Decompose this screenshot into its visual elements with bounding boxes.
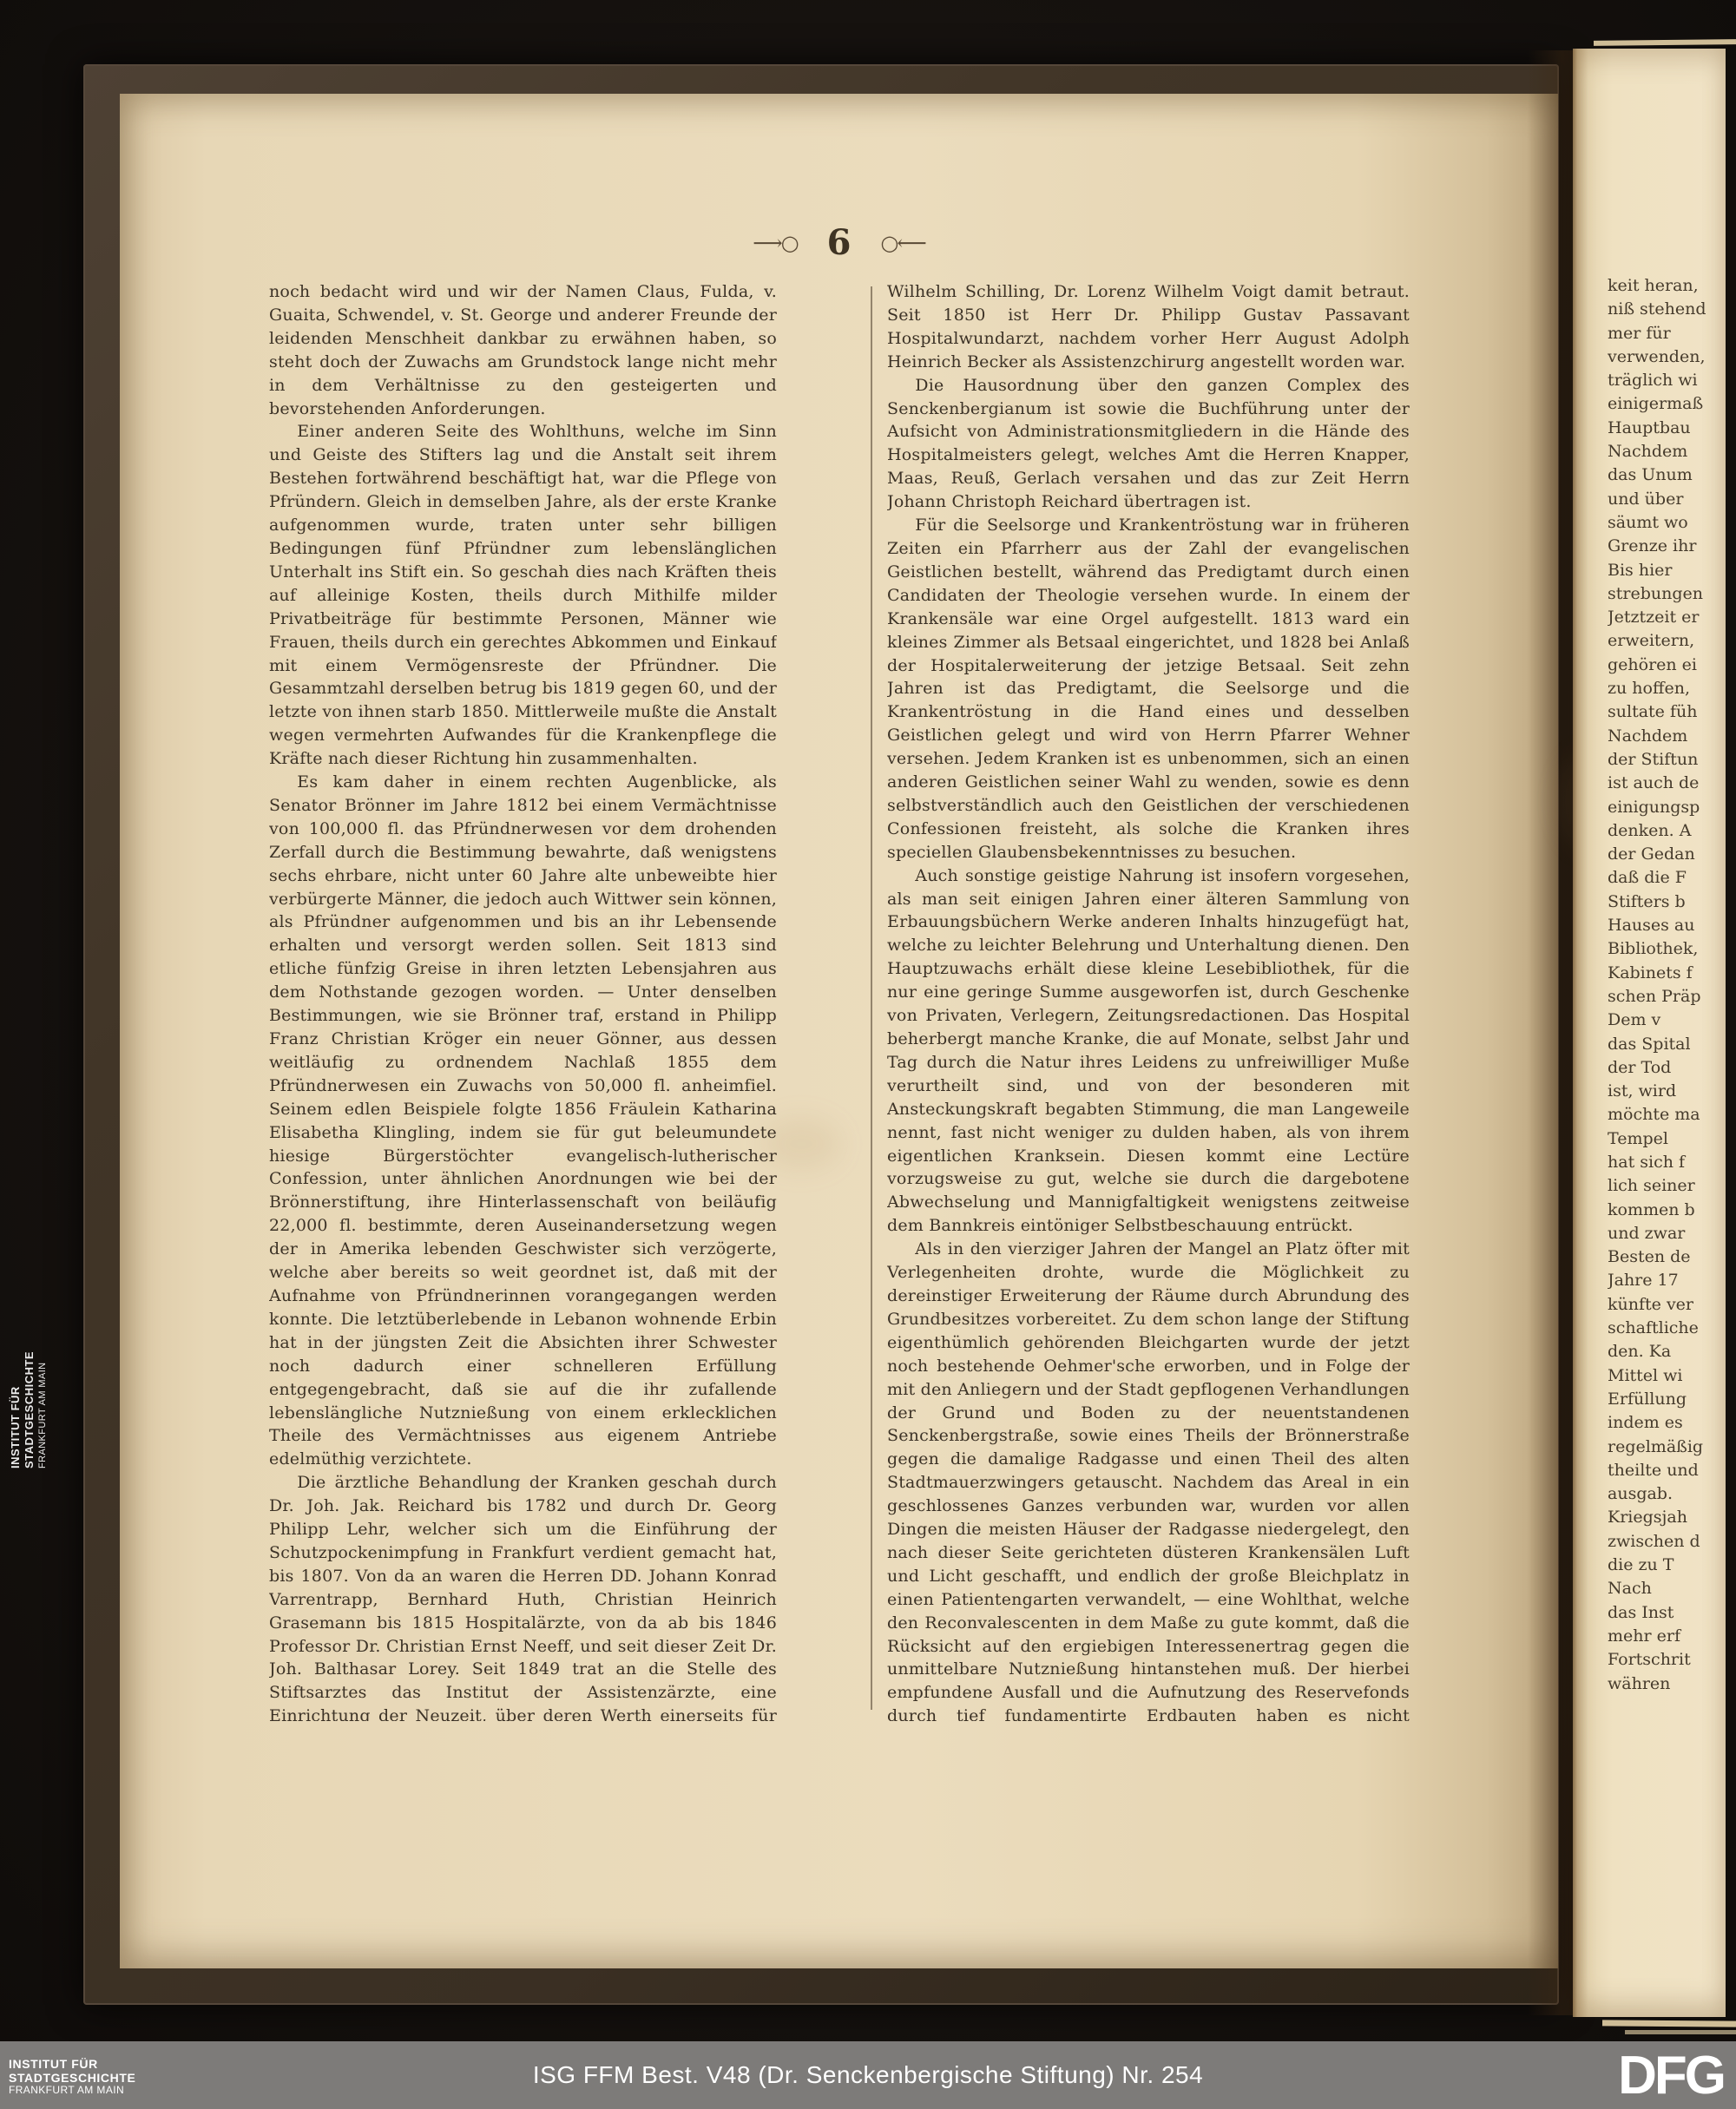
side-watermark-line: FRANKFURT AM MAIN — [37, 1295, 49, 1468]
paragraph: Auch sonstige geistige Nahrung ist insof… — [887, 864, 1410, 1238]
paragraph: Als in den vierziger Jahren der Mangel a… — [887, 1238, 1410, 1721]
paragraph: Die ärztliche Behandlung der Kranken ges… — [269, 1471, 777, 1721]
paragraph: noch bedacht wird und wir der Namen Clau… — [269, 280, 777, 420]
text-column-right: Wilhelm Schilling, Dr. Lorenz Wilhelm Vo… — [887, 280, 1410, 1721]
page-stack-edge — [1625, 2030, 1736, 2034]
side-watermark-line: INSTITUT FÜR — [9, 1295, 23, 1468]
paragraph: Es kam daher in einem rechten Augenblick… — [269, 771, 777, 1471]
page-header: ⟶○ 6 ○⟵ — [120, 217, 1558, 269]
page-stack-edge — [1602, 2020, 1736, 2027]
next-page-text-fragments: keit heran, niß stehend mer für verwende… — [1608, 274, 1736, 1941]
paragraph: Für die Seelsorge und Krankentröstung wa… — [887, 514, 1410, 864]
header-ornament-right-icon: ○⟵ — [880, 231, 924, 255]
dfg-logo: DFG — [1618, 2045, 1724, 2106]
paragraph: Wilhelm Schilling, Dr. Lorenz Wilhelm Vo… — [887, 280, 1410, 374]
archive-reference: ISG FFM Best. V48 (Dr. Senckenbergische … — [0, 2041, 1736, 2109]
side-watermark: INSTITUT FÜR STADTGESCHICHTE FRANKFURT A… — [9, 1295, 49, 1468]
text-column-left: noch bedacht wird und wir der Namen Clau… — [269, 280, 777, 1721]
scanned-archive-page: { "page": { "number": "6", "ornament_lef… — [0, 0, 1736, 2109]
page-number: 6 — [827, 226, 852, 260]
side-watermark-line: STADTGESCHICHTE — [23, 1295, 36, 1468]
paragraph: Die Hausordnung über den ganzen Complex … — [887, 374, 1410, 514]
page-stack-edge — [1594, 39, 1736, 46]
paragraph: Einer anderen Seite des Wohlthuns, welch… — [269, 420, 777, 771]
column-divider-rule — [871, 286, 872, 1710]
header-ornament-left-icon: ⟶○ — [753, 231, 797, 255]
archive-footer-bar: INSTITUT FÜR STADTGESCHICHTE FRANKFURT A… — [0, 2041, 1736, 2109]
